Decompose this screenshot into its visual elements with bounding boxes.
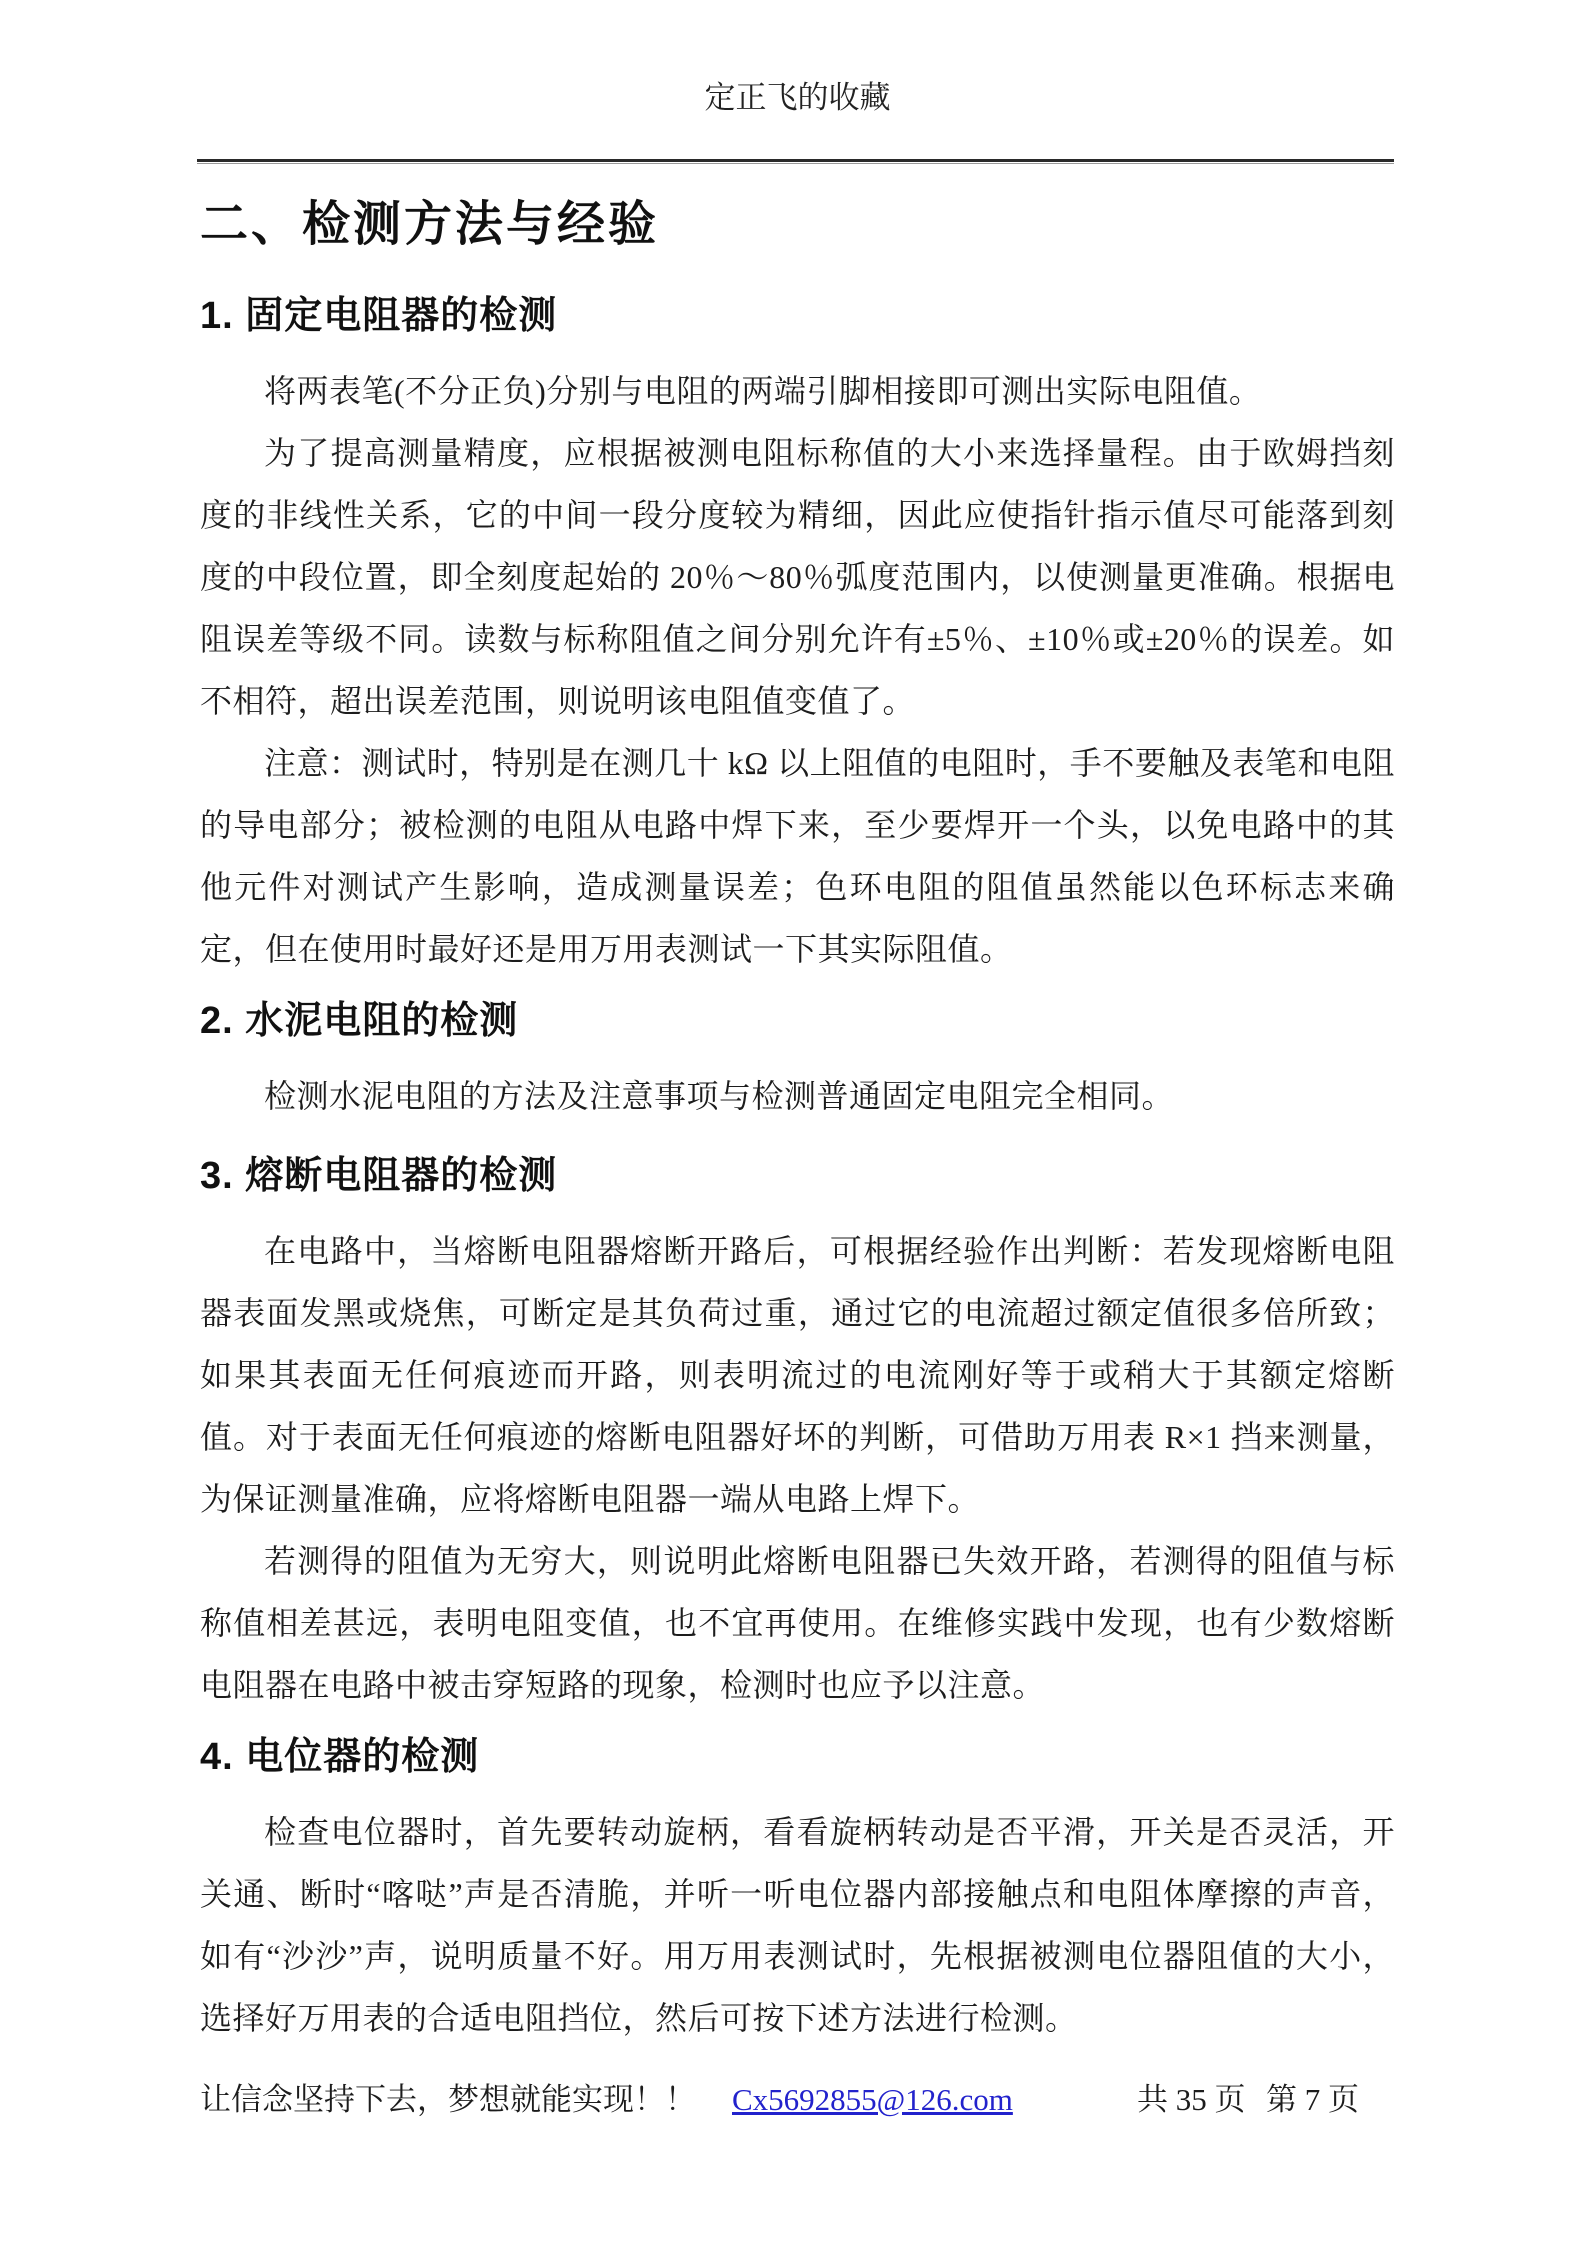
paragraph: 注意：测试时，特别是在测几十 kΩ 以上阻值的电阻时，手不要触及表笔和电阻的导电… xyxy=(200,732,1395,980)
section-heading-1: 1. 固定电阻器的检测 xyxy=(200,292,1395,340)
document-page: 定正飞的收藏 二、检测方法与经验 1. 固定电阻器的检测 将两表笔(不分正负)分… xyxy=(0,0,1594,2252)
section-heading-3: 3. 熔断电阻器的检测 xyxy=(200,1152,1395,1200)
page-header-title: 定正飞的收藏 xyxy=(200,80,1395,116)
page-footer: 让信念坚持下去，梦想就能实现！！ Cx5692855@126.com 共 35 … xyxy=(0,2082,1594,2142)
page-title: 二、检测方法与经验 xyxy=(200,196,1395,254)
paragraph: 在电路中，当熔断电阻器熔断开路后，可根据经验作出判断：若发现熔断电阻器表面发黑或… xyxy=(200,1220,1395,1530)
document-body: 二、检测方法与经验 1. 固定电阻器的检测 将两表笔(不分正负)分别与电阻的两端… xyxy=(200,163,1395,2049)
section-heading-2: 2. 水泥电阻的检测 xyxy=(200,997,1395,1045)
email-link[interactable]: Cx5692855@126.com xyxy=(732,2082,1013,2118)
footer-current-page: 第 7 页 xyxy=(1266,2082,1359,2118)
section-heading-4: 4. 电位器的检测 xyxy=(200,1733,1395,1781)
footer-motto: 让信念坚持下去，梦想就能实现！！ xyxy=(200,2082,696,2118)
footer-total-pages: 共 35 页 xyxy=(1137,2082,1246,2118)
paragraph: 检查电位器时，首先要转动旋柄，看看旋柄转动是否平滑，开关是否灵活，开关通、断时“… xyxy=(200,1801,1395,2049)
paragraph: 为了提高测量精度，应根据被测电阻标称值的大小来选择量程。由于欧姆挡刻度的非线性关… xyxy=(200,422,1395,732)
paragraph: 若测得的阻值为无穷大，则说明此熔断电阻器已失效开路，若测得的阻值与标称值相差甚远… xyxy=(200,1530,1395,1716)
paragraph: 将两表笔(不分正负)分别与电阻的两端引脚相接即可测出实际电阻值。 xyxy=(200,360,1395,422)
paragraph: 检测水泥电阻的方法及注意事项与检测普通固定电阻完全相同。 xyxy=(200,1065,1395,1127)
